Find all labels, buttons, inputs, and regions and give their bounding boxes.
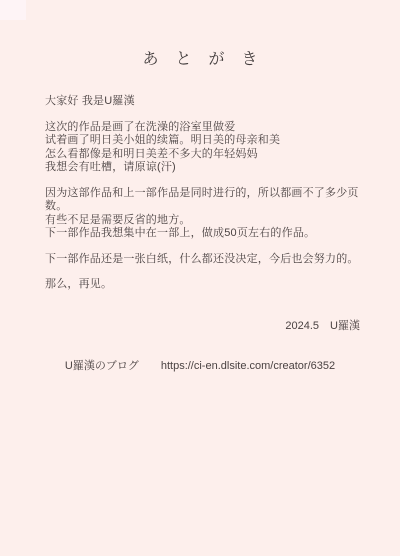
closing-line: 那么，再见。 (45, 278, 372, 292)
body-line: 我想会有吐槽，请原谅(汗) (45, 161, 372, 175)
paragraph-3: 下一部作品还是一张白纸，什么都还没决定，今后也会努力的。 (45, 253, 372, 267)
scan-corner-artifact (0, 0, 26, 20)
date-signature: 2024.5 U羅漢 (0, 317, 400, 333)
body-line: 下一部作品我想集中在一部上，做成50页左右的作品。 (45, 227, 372, 241)
body-line: 下一部作品还是一张白纸，什么都还没决定，今后也会努力的。 (45, 253, 372, 267)
paragraph-1: 这次的作品是画了在洗澡的浴室里做爱 试着画了明日美小姐的续篇。明日美的母亲和美 … (45, 121, 372, 175)
blog-label: U羅漢のブログ (65, 360, 139, 372)
body-line: 怎么看都像是和明日美差不多大的年轻妈妈 (45, 148, 372, 162)
body-line: 有些不足是需要反省的地方。 (45, 214, 372, 228)
paragraph-2: 因为这部作品和上一部作品是同时进行的，所以都画不了多少页数。 有些不足是需要反省… (45, 187, 372, 241)
blog-url: https://ci-en.dlsite.com/creator/6352 (161, 360, 335, 372)
afterword-page: あとがき 大家好 我是U羅漢 这次的作品是画了在洗澡的浴室里做爱 试着画了明日美… (0, 0, 400, 556)
body-line: 试着画了明日美小姐的续篇。明日美的母亲和美 (45, 134, 372, 148)
body-line: 这次的作品是画了在洗澡的浴室里做爱 (45, 121, 372, 135)
afterword-body: 大家好 我是U羅漢 这次的作品是画了在洗澡的浴室里做爱 试着画了明日美小姐的续篇… (45, 95, 372, 292)
body-line: 因为这部作品和上一部作品是同时进行的，所以都画不了多少页数。 (45, 187, 372, 214)
body-line: 那么，再见。 (45, 278, 372, 292)
page-title: あとがき (0, 0, 400, 69)
blog-info: U羅漢のブログhttps://ci-en.dlsite.com/creator/… (0, 357, 400, 373)
greeting-line: 大家好 我是U羅漢 (45, 95, 372, 109)
